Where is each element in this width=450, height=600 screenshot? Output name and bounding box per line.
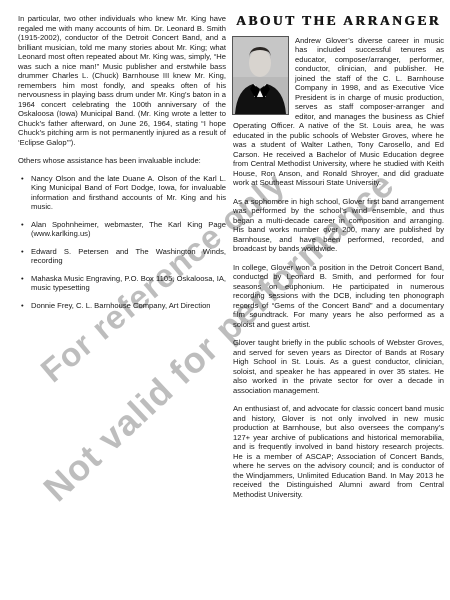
bio-paragraph: An enthusiast of, and advocate for class… — [233, 404, 444, 499]
left-column: In particular, two other individuals who… — [18, 14, 226, 318]
bullet-icon: • — [21, 274, 24, 284]
section-title: ABOUT THE ARRANGER — [233, 16, 444, 26]
list-item-text: Edward S. Petersen and The Washington Wi… — [31, 247, 226, 266]
bullet-icon: • — [21, 247, 24, 257]
right-column: ABOUT THE ARRANGER — [233, 14, 444, 508]
list-item: • Donnie Frey, C. L. Barnhouse Company, … — [18, 301, 226, 311]
document-page: For reference only Not valid for perform… — [0, 0, 450, 600]
bio-paragraph: Andrew Glover’s diverse career in music … — [233, 36, 444, 188]
list-item-text: Alan Spohnheimer, webmaster, The Karl Ki… — [31, 220, 226, 239]
list-item: • Edward S. Petersen and The Washington … — [18, 247, 226, 266]
arranger-portrait-photo — [233, 37, 288, 114]
list-item-text: Nancy Olson and the late Duane A. Olson … — [31, 174, 226, 212]
bullet-icon: • — [21, 301, 24, 311]
list-item: • Alan Spohnheimer, webmaster, The Karl … — [18, 220, 226, 239]
bullet-icon: • — [21, 220, 24, 230]
list-item: • Mahaska Music Engraving, P.O. Box 1105… — [18, 274, 226, 293]
assistance-list: • Nancy Olson and the late Duane A. Olso… — [18, 174, 226, 311]
bullet-icon: • — [21, 174, 24, 184]
list-item-text: Mahaska Music Engraving, P.O. Box 1105, … — [31, 274, 226, 293]
bio-paragraph: As a sophomore in high school, Glover fi… — [233, 197, 444, 254]
list-item-text: Donnie Frey, C. L. Barnhouse Company, Ar… — [31, 301, 211, 310]
list-item: • Nancy Olson and the late Duane A. Olso… — [18, 174, 226, 212]
acknowledgements-paragraph: In particular, two other individuals who… — [18, 14, 226, 147]
assistance-intro: Others whose assistance has been invalua… — [18, 156, 226, 166]
bio-paragraph: Glover taught briefly in the public scho… — [233, 338, 444, 395]
bio-paragraph: In college, Glover won a position in the… — [233, 263, 444, 330]
